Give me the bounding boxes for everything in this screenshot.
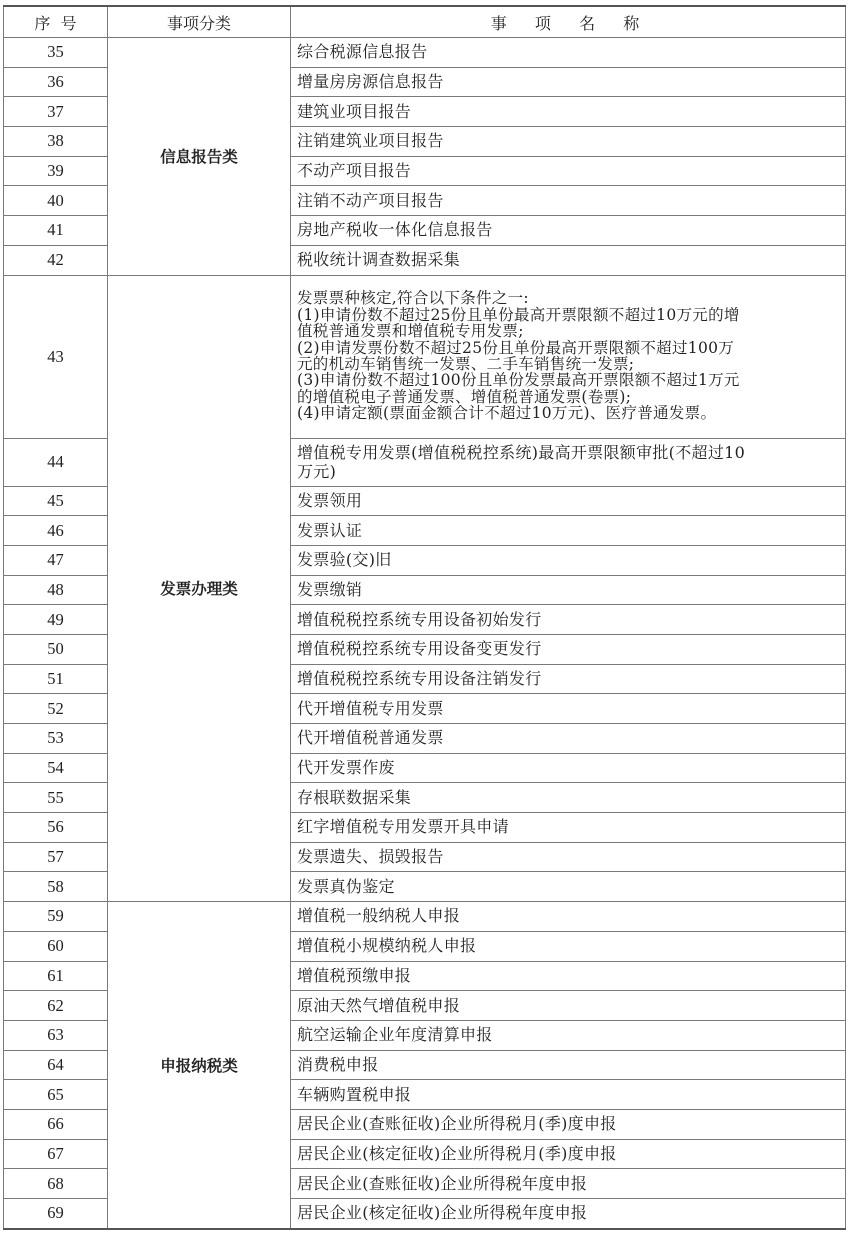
- row-number: 64: [4, 1050, 108, 1080]
- row-number: 50: [4, 634, 108, 664]
- item-name: 不动产项目报告: [291, 156, 846, 186]
- row-number: 46: [4, 516, 108, 546]
- row-number: 67: [4, 1139, 108, 1169]
- row-number: 39: [4, 156, 108, 186]
- item-name-line: 的增值税电子普通发票、增值税普通发票(卷票);: [297, 389, 839, 405]
- item-name: 增值税税控系统专用设备变更发行: [291, 634, 846, 664]
- header-name: 事 项 名 称: [291, 6, 846, 38]
- item-name: 税收统计调查数据采集: [291, 245, 846, 275]
- row-number: 66: [4, 1109, 108, 1139]
- table-row: 59 申报纳税类 增值税一般纳税人申报: [4, 902, 846, 932]
- row-number: 43: [4, 275, 108, 438]
- row-number: 65: [4, 1080, 108, 1110]
- item-name-multiline: 增值税专用发票(增值税税控系统)最高开票限额审批(不超过10 万元): [291, 438, 846, 486]
- item-name: 原油天然气增值税申报: [291, 991, 846, 1021]
- item-name: 消费税申报: [291, 1050, 846, 1080]
- row-number: 59: [4, 902, 108, 932]
- item-name-line: (1)申请份数不超过25份且单份最高开票限额不超过10万元的增: [297, 307, 839, 323]
- row-number: 35: [4, 38, 108, 68]
- row-number: 62: [4, 991, 108, 1021]
- item-name: 红字增值税专用发票开具申请: [291, 813, 846, 843]
- row-number: 52: [4, 694, 108, 724]
- item-name-line: (3)申请份数不超过100份且单份发票最高开票限额不超过1万元: [297, 372, 839, 388]
- item-name: 注销不动产项目报告: [291, 186, 846, 216]
- row-number: 63: [4, 1020, 108, 1050]
- row-number: 45: [4, 486, 108, 516]
- row-number: 40: [4, 186, 108, 216]
- row-number: 36: [4, 67, 108, 97]
- item-name: 航空运输企业年度清算申报: [291, 1020, 846, 1050]
- item-name: 发票真伪鉴定: [291, 872, 846, 902]
- row-number: 61: [4, 961, 108, 991]
- table-header-row: 序 号 事项分类 事 项 名 称: [4, 6, 846, 38]
- item-name: 增值税预缴申报: [291, 961, 846, 991]
- row-number: 42: [4, 245, 108, 275]
- item-name: 发票领用: [291, 486, 846, 516]
- row-number: 58: [4, 872, 108, 902]
- row-number: 68: [4, 1169, 108, 1199]
- item-name: 居民企业(查账征收)企业所得税月(季)度申报: [291, 1109, 846, 1139]
- item-name: 发票遗失、损毁报告: [291, 842, 846, 872]
- item-name: 建筑业项目报告: [291, 97, 846, 127]
- item-name: 发票认证: [291, 516, 846, 546]
- item-name-line: 值税普通发票和增值税专用发票;: [297, 323, 839, 339]
- item-name: 发票验(交)旧: [291, 545, 846, 575]
- item-name-line: 发票票种核定,符合以下条件之一:: [297, 290, 839, 306]
- item-name-line: (4)申请定额(票面金额合计不超过10万元)、医疗普通发票。: [297, 405, 839, 421]
- row-number: 41: [4, 216, 108, 246]
- row-number: 60: [4, 931, 108, 961]
- row-number: 56: [4, 813, 108, 843]
- row-number: 57: [4, 842, 108, 872]
- row-number: 51: [4, 664, 108, 694]
- category-cell: 信息报告类: [108, 38, 291, 276]
- item-name: 注销建筑业项目报告: [291, 127, 846, 157]
- header-seq: 序 号: [4, 6, 108, 38]
- row-number: 37: [4, 97, 108, 127]
- row-number: 49: [4, 605, 108, 635]
- item-name: 增值税税控系统专用设备注销发行: [291, 664, 846, 694]
- row-number: 48: [4, 575, 108, 605]
- item-name: 增值税小规模纳税人申报: [291, 931, 846, 961]
- item-name: 增值税一般纳税人申报: [291, 902, 846, 932]
- item-name: 发票缴销: [291, 575, 846, 605]
- item-name-line: 万元): [297, 462, 839, 481]
- category-cell: 申报纳税类: [108, 902, 291, 1229]
- item-name: 存根联数据采集: [291, 783, 846, 813]
- row-number: 47: [4, 545, 108, 575]
- item-name: 居民企业(核定征收)企业所得税月(季)度申报: [291, 1139, 846, 1169]
- table-row: 35 信息报告类 综合税源信息报告: [4, 38, 846, 68]
- item-name: 居民企业(查账征收)企业所得税年度申报: [291, 1169, 846, 1199]
- item-name: 综合税源信息报告: [291, 38, 846, 68]
- item-name-line: 元的机动车销售统一发票、二手车销售统一发票;: [297, 356, 839, 372]
- item-name: 增值税税控系统专用设备初始发行: [291, 605, 846, 635]
- row-number: 38: [4, 127, 108, 157]
- item-name: 代开增值税专用发票: [291, 694, 846, 724]
- row-number: 53: [4, 724, 108, 754]
- item-name: 车辆购置税申报: [291, 1080, 846, 1110]
- item-name-line: (2)申请发票份数不超过25份且单份最高开票限额不超过100万: [297, 340, 839, 356]
- category-cell: 发票办理类: [108, 275, 291, 902]
- item-name: 增量房房源信息报告: [291, 67, 846, 97]
- item-name: 房地产税收一体化信息报告: [291, 216, 846, 246]
- item-name-line: 增值税专用发票(增值税税控系统)最高开票限额审批(不超过10: [297, 443, 839, 462]
- row-number: 55: [4, 783, 108, 813]
- item-name: 居民企业(核定征收)企业所得税年度申报: [291, 1199, 846, 1229]
- row-number: 69: [4, 1199, 108, 1229]
- tax-matters-table: 序 号 事项分类 事 项 名 称 35 信息报告类 综合税源信息报告 36 增量…: [3, 5, 846, 1230]
- header-category: 事项分类: [108, 6, 291, 38]
- row-number: 44: [4, 438, 108, 486]
- table-row: 43 发票办理类 发票票种核定,符合以下条件之一: (1)申请份数不超过25份且…: [4, 275, 846, 438]
- row-number: 54: [4, 753, 108, 783]
- item-name-multiline: 发票票种核定,符合以下条件之一: (1)申请份数不超过25份且单份最高开票限额不…: [291, 275, 846, 438]
- item-name: 代开发票作废: [291, 753, 846, 783]
- item-name: 代开增值税普通发票: [291, 724, 846, 754]
